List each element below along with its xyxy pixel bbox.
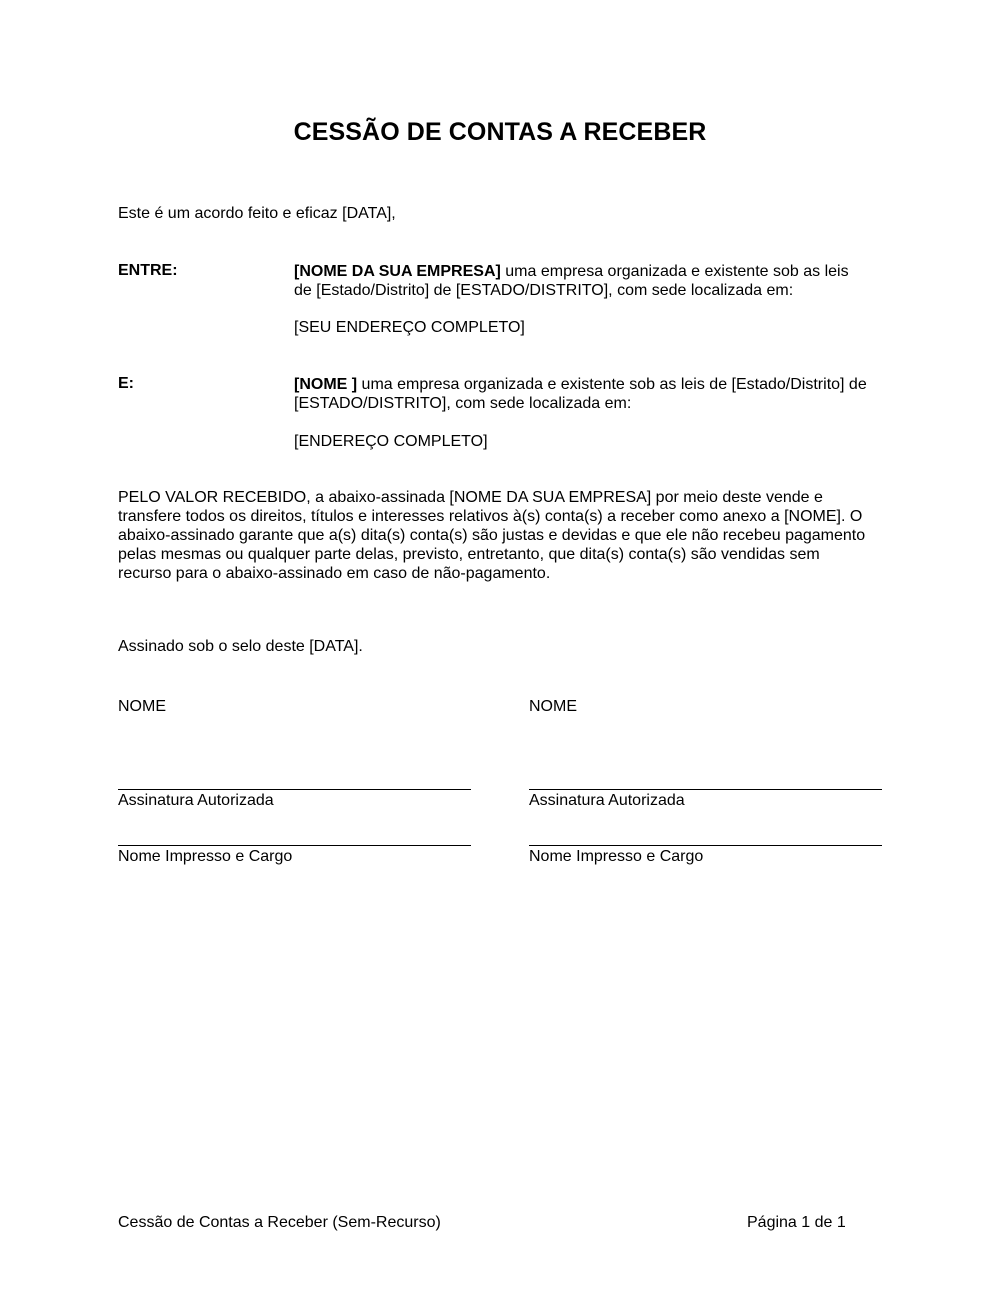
party-address: [SEU ENDEREÇO COMPLETO] <box>294 318 525 337</box>
printed-name-line <box>529 845 882 846</box>
paragraph-line: abaixo-assinado garante que a(s) dita(s)… <box>118 526 865 545</box>
paragraph-line: PELO VALOR RECEBIDO, a abaixo-assinada [… <box>118 488 823 507</box>
paragraph-line: transfere todos os direitos, títulos e i… <box>118 507 862 526</box>
party-description-line1: [NOME DA SUA EMPRESA] uma empresa organi… <box>294 262 849 281</box>
party-description-line1: [NOME ] uma empresa organizada e existen… <box>294 375 867 394</box>
party-description: uma empresa organizada e existente sob a… <box>501 263 849 280</box>
party-description: uma empresa organizada e existente sob a… <box>357 376 867 393</box>
printed-name-label: Nome Impresso e Cargo <box>529 848 703 866</box>
printed-name-label: Nome Impresso e Cargo <box>118 848 292 866</box>
party-name: [NOME ] <box>294 376 357 393</box>
party-description-line2: de [Estado/Distrito] de [ESTADO/DISTRITO… <box>294 281 793 300</box>
paragraph-line: recurso para o abaixo-assinado em caso d… <box>118 564 550 583</box>
party-label: E: <box>118 375 134 393</box>
party-address: [ENDEREÇO COMPLETO] <box>294 432 488 451</box>
signature-label: Assinatura Autorizada <box>529 792 685 810</box>
footer-document-name: Cessão de Contas a Receber (Sem-Recurso) <box>118 1214 441 1232</box>
intro-text: Este é um acordo feito e eficaz [DATA], <box>118 205 396 223</box>
party-name: [NOME DA SUA EMPRESA] <box>294 263 501 280</box>
signatory-name: NOME <box>529 698 577 716</box>
document-title: CESSÃO DE CONTAS A RECEBER <box>0 118 1000 147</box>
signatory-name: NOME <box>118 698 166 716</box>
printed-name-line <box>118 845 471 846</box>
party-description-line2: [ESTADO/DISTRITO], com sede localizada e… <box>294 394 631 413</box>
signature-line <box>118 789 471 790</box>
footer-page-number: Página 1 de 1 <box>747 1214 846 1232</box>
signature-label: Assinatura Autorizada <box>118 792 274 810</box>
paragraph-line: pelas mesmas ou qualquer parte delas, pr… <box>118 545 820 564</box>
signature-line <box>529 789 882 790</box>
signed-under-seal: Assinado sob o selo deste [DATA]. <box>118 638 363 656</box>
party-label: ENTRE: <box>118 262 178 280</box>
